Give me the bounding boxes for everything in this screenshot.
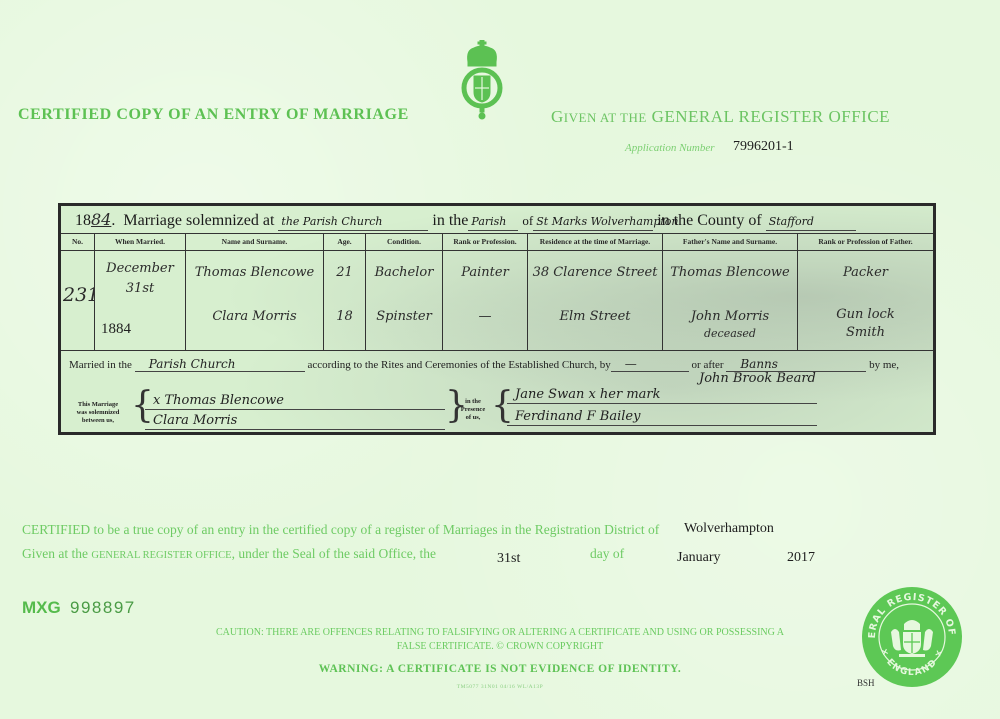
registration-district: Wolverhampton xyxy=(684,521,774,537)
column-header: Condition. xyxy=(366,234,443,250)
witness-2-signature: Ferdinand F Bailey xyxy=(507,408,817,426)
bride-father-name: John Morris xyxy=(663,309,797,324)
serial-prefix: MXG xyxy=(22,598,61,618)
district-name-field: St Marks Wolverhampton xyxy=(533,214,653,231)
application-number-label: Application Number xyxy=(625,142,715,154)
groom-father-name: Thomas Blencowe xyxy=(663,265,797,280)
certification-line-2: Given at the General Register Office, un… xyxy=(22,546,436,562)
certificate-title: CERTIFIED COPY OF AN ENTRY OF MARRIAGE xyxy=(18,106,409,124)
district-type-field: Parish xyxy=(468,214,518,231)
married-in-field: Parish Church xyxy=(135,356,305,372)
between-us-label: This Marriage was solemnized between us, xyxy=(69,401,127,425)
county-field: Stafford xyxy=(766,214,856,231)
certification-line-1: CERTIFIED to be a true copy of an entry … xyxy=(22,522,659,538)
presence-label: in the Presence of us, xyxy=(458,398,488,422)
groom-signature: x Thomas Blencowe xyxy=(145,392,445,410)
bride-father-note: deceased xyxy=(663,327,797,340)
bride-signature: Clara Morris xyxy=(145,412,445,430)
column-header: Rank or Profession. xyxy=(443,234,528,250)
column-header: Father's Name and Surname. xyxy=(663,234,798,250)
column-header: Rank or Profession of Father. xyxy=(798,234,933,250)
place-field: the Parish Church xyxy=(278,214,428,231)
general-register-office-seal-icon: GENERAL REGISTER OFFICE × ENGLAND × xyxy=(861,586,963,688)
groom-residence: 38 Clarence Street xyxy=(528,265,662,280)
certification-month: January xyxy=(677,550,721,566)
witness-1-signature: Jane Swan x her mark xyxy=(507,386,817,404)
groom-profession: Painter xyxy=(443,265,527,280)
officiant-signature: John Brook Beard xyxy=(691,370,939,388)
column-header: Name and Surname. xyxy=(186,234,324,250)
by-field: — xyxy=(611,356,689,372)
column-header: Residence at the time of Marriage. xyxy=(528,234,663,250)
signatures-section: This Marriage was solemnized between us,… xyxy=(61,378,933,432)
bride-father-profession-line2: Smith xyxy=(798,325,933,340)
column-header: No. xyxy=(61,234,95,250)
issuer-initials: BSH xyxy=(857,678,875,688)
office-heading: GIVEN AT THE GENERAL REGISTER OFFICE xyxy=(551,107,890,127)
print-code: TM5077 31N01 04/16 WL/A13P xyxy=(190,684,810,690)
groom-name: Thomas Blencowe xyxy=(186,265,323,280)
serial-number: 998897 xyxy=(70,598,136,618)
day-of-label: day of xyxy=(590,546,624,562)
groom-father-profession: Packer xyxy=(798,265,933,280)
groom-age: 21 xyxy=(324,265,365,280)
table-row: 231 December 31st 1884 Thomas Blencowe C… xyxy=(61,251,933,351)
column-headers: No. When Married. Name and Surname. Age.… xyxy=(61,234,933,251)
marriage-month: December xyxy=(95,261,185,276)
royal-crest-icon xyxy=(460,40,504,124)
column-header: Age. xyxy=(324,234,366,250)
caution-notice: CAUTION: THERE ARE OFFENCES RELATING TO … xyxy=(190,626,810,654)
bride-residence: Elm Street xyxy=(528,309,662,324)
certification-day: 31st xyxy=(497,551,520,567)
column-header: When Married. xyxy=(95,234,186,250)
identity-warning: WARNING: A CERTIFICATE IS NOT EVIDENCE O… xyxy=(190,663,810,675)
certification-year: 2017 xyxy=(787,550,815,566)
marriage-register-entry: 1884. Marriage solemnized at the Parish … xyxy=(58,203,936,435)
entry-number: 231 xyxy=(63,284,94,306)
bride-name: Clara Morris xyxy=(186,309,323,324)
application-number: 7996201-1 xyxy=(733,139,794,155)
register-heading: 1884. Marriage solemnized at the Parish … xyxy=(61,206,933,234)
marriage-year: 1884 xyxy=(101,321,185,338)
groom-condition: Bachelor xyxy=(366,265,442,280)
bride-age: 18 xyxy=(324,309,365,324)
bride-condition: Spinster xyxy=(366,309,442,324)
marriage-day: 31st xyxy=(95,281,185,296)
bride-father-profession-line1: Gun lock xyxy=(798,307,933,322)
bride-profession: — xyxy=(443,309,527,324)
